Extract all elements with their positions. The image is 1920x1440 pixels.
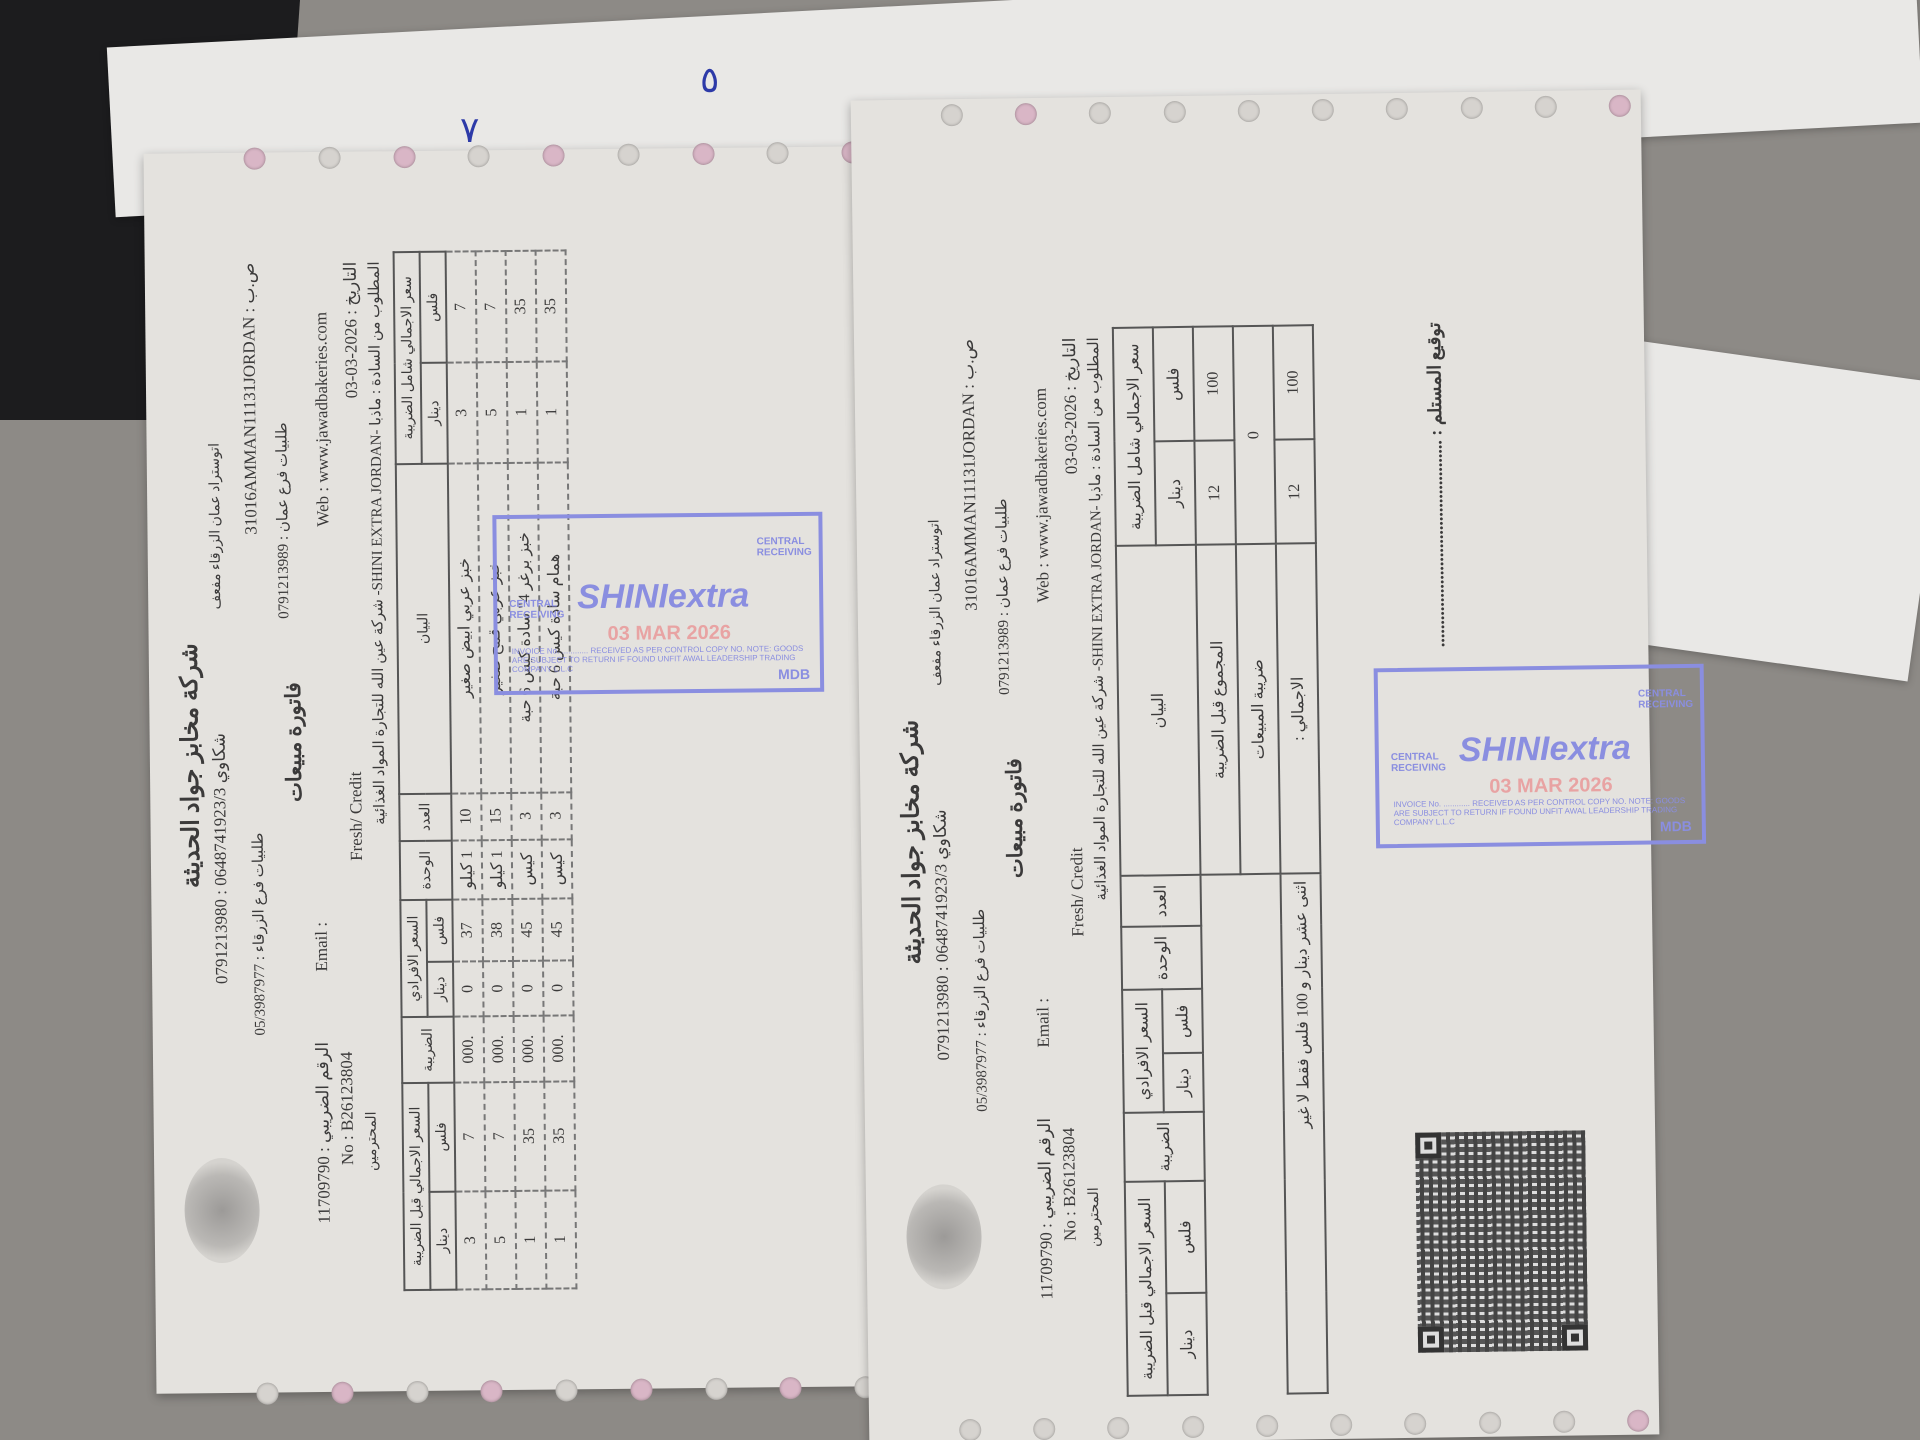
- hole: [705, 1378, 727, 1400]
- col-unit: الوحدة: [1121, 926, 1202, 991]
- col-description: البيان: [1116, 545, 1201, 876]
- date-value: 2026-03-03: [1061, 395, 1081, 475]
- sub-dinar: دينار: [429, 1191, 456, 1290]
- tax-number-label: الرقم الضريبي :: [1035, 1118, 1056, 1228]
- company-address: اتوستراد عمان الزرقاء مفعف: [927, 519, 946, 686]
- subtotal-label: المجموع قبل الضريبة: [1196, 545, 1241, 876]
- customer-label: المطلوب من السادة :: [367, 261, 384, 394]
- po-box-value: 31016AMMAN11131JORDAN: [959, 393, 981, 611]
- web-label: Web: [1033, 572, 1052, 603]
- cell-tax: .000: [454, 1017, 485, 1083]
- cell-pre-fils: 35: [544, 1081, 575, 1190]
- amman-orders: طلبيات فرع عمان : 0791213989: [992, 498, 1014, 695]
- hole: [406, 1381, 428, 1403]
- hole: [256, 1382, 278, 1404]
- stamp-date: 03 MAR 2026: [1489, 774, 1613, 799]
- stamp-date: 03 MAR 2026: [607, 622, 731, 646]
- hole: [1386, 98, 1408, 120]
- amman-orders: طلبيات فرع عمان : 0791213989: [272, 422, 293, 619]
- hole: [1553, 1411, 1575, 1433]
- subtotal-dinar: 12: [1194, 441, 1235, 546]
- customer-value: ماذبا -SHINI EXTRA JORDAN- شركة عين الله…: [1088, 473, 1110, 900]
- po-box-label: ص.ب: [958, 339, 978, 380]
- cell-pre-dinar: 3: [455, 1191, 486, 1290]
- sub-fils: فلس: [1153, 327, 1195, 442]
- hole: [481, 1380, 503, 1402]
- company-address: اتوستراد عمان الزرقاء مفعف: [207, 443, 226, 609]
- cell-pre-fils: 7: [454, 1082, 485, 1191]
- receiver-signature-label: توقيع المستلم: [1424, 322, 1445, 425]
- sub-dinar: دينار: [421, 363, 448, 464]
- hole: [1182, 1416, 1204, 1438]
- hole: [318, 147, 340, 169]
- invoice-sheet-bottom: شركة مخابز جواد الحديثة اتوستراد عمان ال…: [851, 90, 1660, 1440]
- invoice-content-2: شركة مخابز جواد الحديثة اتوستراد عمان ال…: [883, 290, 1638, 1400]
- col-description: البيان: [396, 463, 451, 794]
- cell-price-fils: 37: [452, 899, 483, 961]
- hole: [542, 144, 564, 166]
- tax-number: الرقم الضريبي : 11709790: [1035, 1118, 1058, 1300]
- col-unit-price: السعر الافرادي: [1122, 990, 1164, 1113]
- hole: [780, 1377, 802, 1399]
- tax-number: الرقم الضريبي : 11709790: [313, 1042, 335, 1224]
- cell-total-dinar: 5: [477, 362, 508, 463]
- cell-unit: كيس: [542, 839, 573, 899]
- col-quantity: العدد: [399, 793, 451, 841]
- cell-price-dinar: 0: [453, 961, 484, 1017]
- date-label: التاريخ :: [341, 262, 361, 315]
- hole: [1107, 1417, 1129, 1439]
- qr-finder: [1415, 1132, 1441, 1158]
- invoice-number-value: B26123804: [1059, 1128, 1079, 1208]
- stamp-central-receiving: CENTRAL RECEIVING: [1391, 751, 1451, 774]
- amman-orders-label: طلبيات فرع عمان: [274, 422, 291, 532]
- salutation: المحترمين: [1086, 1187, 1104, 1247]
- qr-finder: [1562, 1324, 1588, 1350]
- col-quantity: العدد: [1121, 875, 1202, 927]
- sub-fils: فلس: [1165, 1181, 1207, 1294]
- receiving-stamp: CENTRAL RECEIVING SHINIextra CENTRAL REC…: [492, 512, 824, 695]
- cell-description: خبز عربي ابيض صغير: [448, 463, 481, 793]
- invoice-content: شركة مخابز جواد الحديثة اتوستراد عمان ال…: [165, 247, 826, 1294]
- cell-price-dinar: 0: [483, 961, 514, 1017]
- document-title: فاتورة مبيعات: [1002, 758, 1029, 878]
- hole: [1163, 101, 1185, 123]
- col-total-incl-tax: سعر الاجمالي شامل الضريبة: [394, 252, 422, 464]
- cell-pre-dinar: 5: [485, 1191, 516, 1290]
- hole: [331, 1382, 353, 1404]
- complaints-alt: 0648741923/3: [210, 788, 230, 886]
- stamp-brand: SHINIextra: [577, 576, 749, 617]
- hole: [1089, 102, 1111, 124]
- hole: [1534, 96, 1556, 118]
- hole: [767, 142, 789, 164]
- cell-qty: 10: [451, 793, 481, 840]
- cell-tax: .000: [544, 1016, 575, 1082]
- handwritten-mark-2: ٥: [700, 60, 719, 101]
- col-tax: الضريبة: [402, 1017, 455, 1083]
- cell-total-fils: 7: [446, 251, 477, 362]
- payment-type: Fresh/ Credit: [1067, 847, 1088, 937]
- cell-unit: 1 كيلو: [482, 840, 513, 900]
- stamp-central-receiving-2: CENTRAL RECEIVING: [757, 536, 817, 559]
- cell-price-dinar: 0: [513, 960, 544, 1016]
- invoice-summary-table: سعر الاجمالي شامل الضريبة البيان العدد ا…: [1112, 324, 1329, 1397]
- total-label: الاجمالي :: [1276, 543, 1321, 874]
- payment-type: Fresh/ Credit: [346, 772, 367, 861]
- complaints: شكاوي 0648741923/3 : 0791213980: [931, 809, 955, 1060]
- stamp-brand: SHINIextra: [1459, 729, 1631, 770]
- web-value: : www.jawadbakeries.com: [1031, 388, 1053, 568]
- invoice-number: No : B26123804: [337, 1052, 358, 1166]
- cell-price-fils: 45: [512, 899, 543, 961]
- sales-tax-label: ضريبة المبيعات: [1236, 544, 1281, 875]
- company-name: شركة مخابز جواد الحديثة: [175, 643, 207, 888]
- stamp-central-receiving-2: CENTRAL RECEIVING: [1638, 688, 1698, 711]
- invoice-date: التاريخ : 2026-03-03: [341, 262, 362, 399]
- complaints-phone: 0791213980: [933, 975, 953, 1060]
- sub-dinar: دينار: [1163, 1053, 1204, 1112]
- customer-label: المطلوب من السادة :: [1086, 337, 1104, 470]
- tax-number-value: 11709790: [1036, 1232, 1056, 1300]
- po-box-label: ص.ب: [239, 263, 258, 304]
- po-box-value: 31016AMMAN11131JORDAN: [239, 317, 260, 535]
- cell-price-fils: 38: [482, 899, 513, 961]
- hole: [468, 145, 490, 167]
- invoice-date: التاريخ : 2026-03-03: [1060, 337, 1082, 474]
- tax-number-value: 11709790: [314, 1156, 334, 1224]
- cell-total-fils: 35: [506, 251, 537, 362]
- stamp-fine-print: INVOICE No. ............ RECEIVED AS PER…: [512, 644, 812, 674]
- website: Web : www.jawadbakeries.com: [311, 312, 333, 527]
- invoice-header: شركة مخابز جواد الحديثة اتوستراد عمان ال…: [883, 297, 1128, 1400]
- invoice-sheet-top: شركة مخابز جواد الحديثة اتوستراد عمان ال…: [144, 146, 877, 1393]
- tractor-holes-left: [959, 1410, 1649, 1440]
- email-label: Email :: [1033, 998, 1054, 1048]
- web-label: Web: [313, 496, 332, 527]
- sub-dinar: دينار: [427, 961, 454, 1017]
- hole: [1404, 1413, 1426, 1435]
- cell-qty: 3: [511, 792, 541, 839]
- hole: [1256, 1415, 1278, 1437]
- subtotal-fils: 100: [1193, 326, 1235, 441]
- hole: [393, 146, 415, 168]
- zarqa-orders-phone: 05/3987977: [974, 1040, 991, 1112]
- customer: المطلوب من السادة : ماذبا -SHINI EXTRA J…: [1084, 337, 1111, 901]
- cell-pre-fils: 7: [484, 1082, 515, 1191]
- hole: [692, 143, 714, 165]
- amount-in-words: اثنى عشر دينار و 100 فلس فقط لا غير: [1280, 873, 1327, 1393]
- document-title: فاتورة مبيعات: [281, 682, 307, 802]
- amman-orders-phone: 0791213989: [996, 620, 1013, 695]
- hole: [1609, 95, 1631, 117]
- cell-total-dinar: 3: [447, 362, 478, 463]
- cell-total-dinar: 1: [507, 362, 538, 463]
- qr-finder: [1418, 1326, 1444, 1352]
- hole: [1627, 1410, 1649, 1432]
- col-total-incl-tax: سعر الاجمالي شامل الضريبة: [1113, 327, 1156, 546]
- cell-total-fils: 35: [536, 250, 567, 361]
- cell-unit: كيس: [512, 839, 543, 899]
- zarqa-orders: طلبيات فرع الزرقاء : 05/3987977: [249, 833, 270, 1036]
- sub-fils: فلس: [426, 900, 453, 962]
- hole: [617, 144, 639, 166]
- complaints: شكاوي 0648741923/3 : 0791213980: [210, 733, 233, 984]
- complaints-phone: 0791213980: [211, 899, 231, 984]
- receiving-stamp: CENTRAL RECEIVING SHINIextra CENTRAL REC…: [1374, 664, 1706, 849]
- receiver-signature: توقيع المستلم : ........................…: [1424, 322, 1450, 647]
- col-unit-price: السعر الافرادي: [400, 900, 427, 1017]
- cell-unit: 1 كيلو: [452, 840, 483, 900]
- customer-value: ماذبا -SHINI EXTRA JORDAN- شركة عين الله…: [368, 398, 388, 825]
- cell-qty: 3: [541, 792, 571, 839]
- hole: [1479, 1412, 1501, 1434]
- invoice-number: No : B26123804: [1059, 1127, 1081, 1241]
- complaints-alt: 0648741923/3: [931, 864, 951, 962]
- complaints-label: شكاوي: [210, 733, 230, 784]
- cell-price-fils: 45: [542, 898, 573, 960]
- salutation: المحترمين: [364, 1111, 382, 1171]
- date-label: التاريخ :: [1060, 337, 1080, 390]
- zarqa-orders-label: طلبيات فرع الزرقاء: [251, 833, 268, 953]
- company-name: شركة مخابز جواد الحديثة: [895, 720, 927, 965]
- amman-orders-label: طلبيات فرع عمان: [994, 498, 1012, 608]
- sub-fils: فلس: [420, 252, 447, 363]
- stamp-code: MDB: [1660, 818, 1692, 834]
- customer: المطلوب من السادة : ماذبا -SHINI EXTRA J…: [365, 261, 390, 825]
- hole: [1033, 1418, 1055, 1440]
- stamp-central-receiving: CENTRAL RECEIVING: [509, 598, 569, 621]
- hole: [555, 1379, 577, 1401]
- stamp-code: MDB: [778, 666, 810, 682]
- zarqa-orders-phone: 05/3987977: [252, 964, 269, 1036]
- tax-number-label: الرقم الضريبي :: [313, 1042, 333, 1152]
- website: Web : www.jawadbakeries.com: [1031, 388, 1054, 603]
- cell-pre-fils: 35: [514, 1081, 545, 1190]
- invoice-number-value: B26123804: [337, 1052, 357, 1132]
- cell-qty: 15: [481, 793, 511, 840]
- tractor-holes-right: [941, 95, 1631, 127]
- sub-dinar: دينار: [1154, 441, 1195, 546]
- web-value: : www.jawadbakeries.com: [311, 312, 332, 492]
- invoice-items-table: سعر الاجمالي شامل الضريبة البيان العدد ا…: [393, 249, 578, 1291]
- col-total-before-tax: السعر الاجمالي قبل الضريبة: [402, 1083, 430, 1290]
- stamp-fine-print: INVOICE No. ............ RECEIVED AS PER…: [1393, 796, 1693, 827]
- items-body: 73خبز عربي ابيض صغير101 كيلو370.0007375خ…: [446, 250, 577, 1289]
- cell-pre-dinar: 1: [515, 1190, 546, 1289]
- invoice-header: شركة مخابز جواد الحديثة اتوستراد عمان ال…: [165, 251, 406, 1293]
- invoice-number-label: No :: [338, 1135, 357, 1165]
- complaints-label: شكاوي: [931, 809, 951, 860]
- total-fils: 100: [1273, 325, 1315, 440]
- hole: [1330, 1414, 1352, 1436]
- po-box: ص.ب : 31016AMMAN11131JORDAN: [239, 263, 262, 535]
- cell-tax: .000: [514, 1016, 545, 1082]
- qr-code: [1415, 1130, 1588, 1352]
- hole: [941, 104, 963, 126]
- invoice-number-label: No :: [1060, 1211, 1079, 1241]
- sub-fils: فلس: [428, 1082, 455, 1191]
- amman-orders-phone: 0791213989: [276, 544, 293, 619]
- cell-tax: .000: [484, 1016, 515, 1082]
- zarqa-orders: طلبيات فرع الزرقاء : 05/3987977: [970, 909, 992, 1112]
- hole: [959, 1419, 981, 1440]
- zarqa-orders-label: طلبيات فرع الزرقاء: [972, 909, 990, 1029]
- signature-line: : ......................................…: [1425, 430, 1448, 648]
- col-unit: الوحدة: [400, 840, 453, 900]
- sub-fils: فلس: [1162, 989, 1203, 1054]
- sub-dinar: دينار: [1166, 1293, 1207, 1395]
- po-box: ص.ب : 31016AMMAN11131JORDAN: [958, 339, 982, 611]
- sales-tax-value: 0: [1233, 326, 1276, 545]
- cell-price-dinar: 0: [543, 960, 574, 1016]
- date-value: 2026-03-03: [341, 319, 361, 399]
- cell-total-fils: 7: [476, 251, 507, 362]
- cell-total-dinar: 1: [537, 362, 568, 463]
- email-label: Email :: [312, 922, 333, 972]
- hole: [1460, 97, 1482, 119]
- hole: [1015, 103, 1037, 125]
- hole: [1312, 99, 1334, 121]
- hole: [1238, 100, 1260, 122]
- hole: [243, 148, 265, 170]
- tractor-holes-left: [256, 1376, 876, 1404]
- cell-pre-dinar: 1: [545, 1190, 576, 1289]
- col-tax: الضريبة: [1124, 1111, 1205, 1182]
- total-dinar: 12: [1274, 440, 1315, 545]
- col-total-before-tax: السعر الاجمالي قبل الضريبة: [1125, 1181, 1168, 1395]
- hole: [630, 1379, 652, 1401]
